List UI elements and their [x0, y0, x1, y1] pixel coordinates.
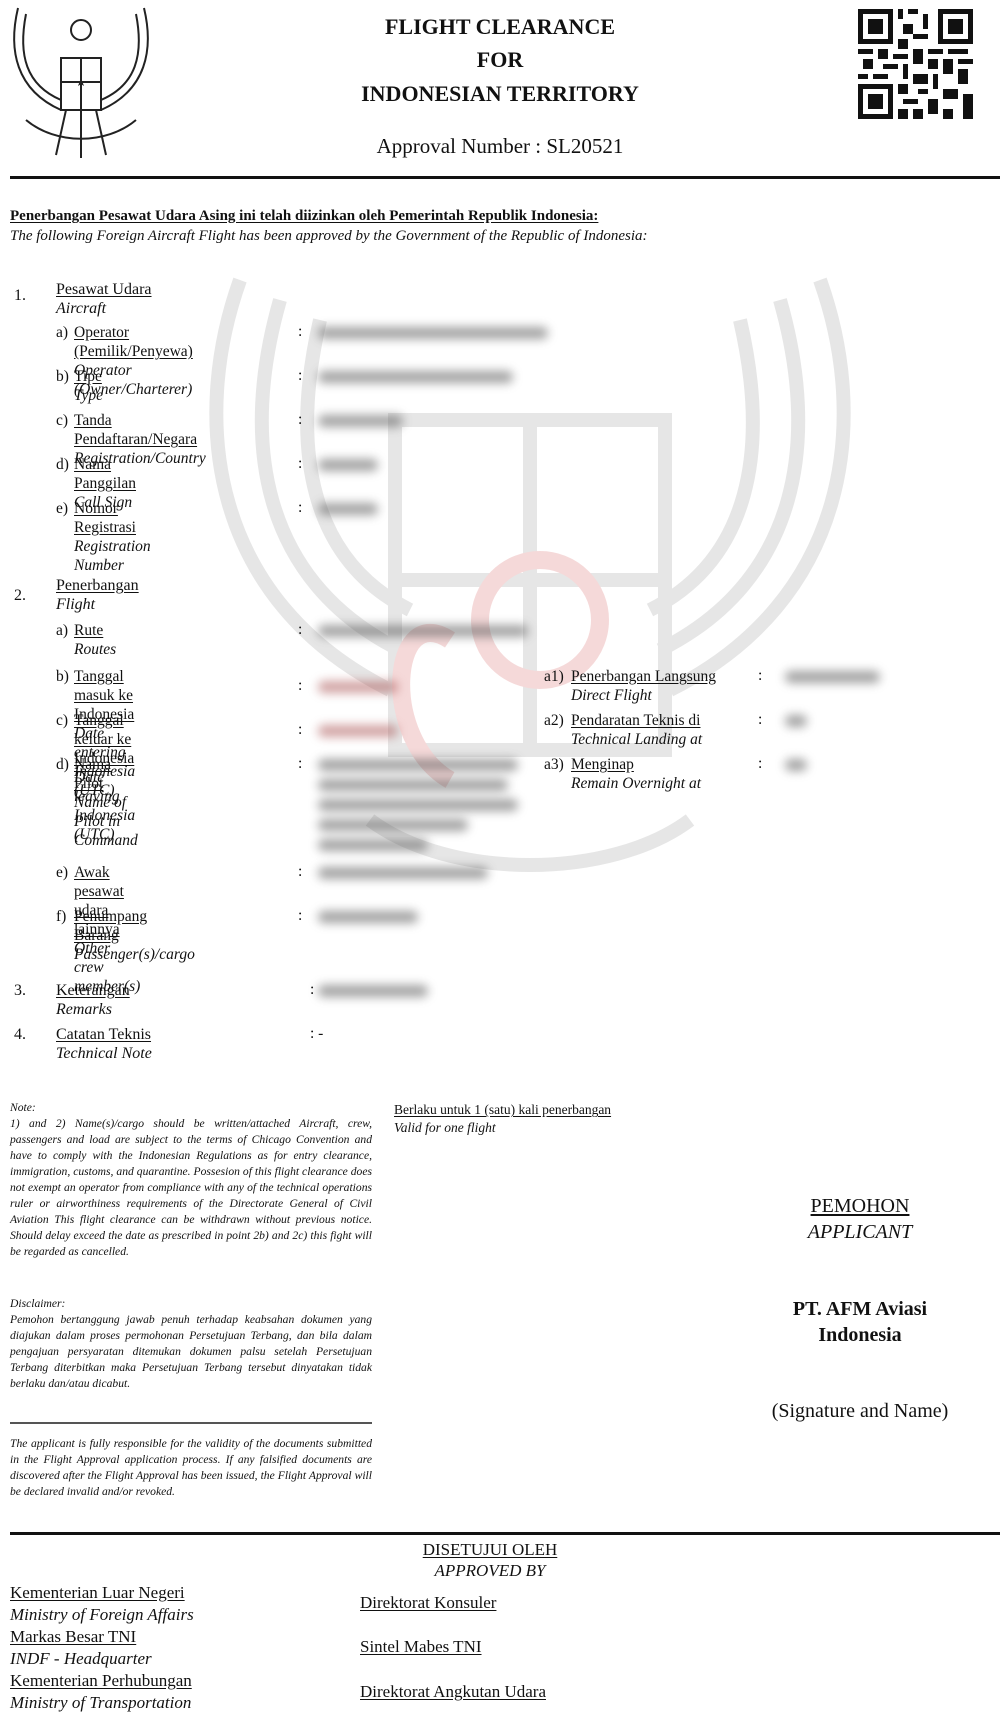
- flight-other-crew-row: e) Awak pesawat udara lainnyaOther crew …: [56, 863, 68, 882]
- section3-number: 3.: [14, 982, 26, 1000]
- aircraft-registration-country-row: c) Tanda Pendaftaran/NegaraRegistration/…: [56, 411, 68, 430]
- applicant-block: PEMOHON APPLICANT: [760, 1193, 960, 1245]
- note-heading: Note:: [10, 1100, 372, 1116]
- approved-by-heading: DISETUJUI OLEH APPROVED BY: [380, 1539, 600, 1581]
- direct-flight-value-redacted: [785, 671, 880, 683]
- applicant-company: PT. AFM Aviasi Indonesia: [760, 1296, 960, 1348]
- approver-direktorat-konsuler: Direktorat Konsuler: [360, 1593, 496, 1613]
- remarks-value-redacted: [318, 985, 428, 997]
- qr-code-icon[interactable]: [858, 8, 973, 120]
- document-title-line3: INDONESIAN TERRITORY: [0, 81, 1000, 107]
- operator-value-redacted: [318, 327, 548, 339]
- approver-direktorat-angkutan-udara: Direktorat Angkutan Udara: [360, 1682, 546, 1702]
- aircraft-type-row: b) TipeType: [56, 367, 69, 386]
- passenger-cargo-value-redacted: [318, 911, 418, 923]
- approval-divider: [10, 1532, 1000, 1535]
- section3-title: Keterangan Remarks: [56, 981, 130, 1019]
- pilot-value-redacted-5: [318, 839, 428, 851]
- flight-passenger-cargo-row: f) Penumpang BarangPassenger(s)/cargo: [56, 907, 66, 926]
- approved-by-left: Kementerian Luar Negeri Ministry of Fore…: [10, 1582, 194, 1714]
- flight-route-row: a) RuteRoutes: [56, 621, 68, 640]
- section2-title: Penerbangan Flight: [56, 576, 139, 614]
- entry-date-value-redacted: [318, 681, 398, 693]
- approval-label: Approval Number :: [377, 134, 541, 158]
- type-value-redacted: [318, 371, 513, 383]
- applicant-signature: (Signature and Name): [740, 1400, 980, 1423]
- flight-entry-date-row: b) Tanggal masuk ke IndonesiaDate enteri…: [56, 667, 69, 686]
- note-body: 1) and 2) Name(s)/cargo should be writte…: [10, 1116, 372, 1260]
- flight-direct-row: a1) Penerbangan LangsungDirect Flight: [544, 667, 564, 686]
- disclaimer-english: The applicant is fully responsible for t…: [10, 1436, 372, 1500]
- route-value-redacted: [318, 625, 528, 637]
- technical-note-value: : -: [310, 1025, 323, 1043]
- pilot-value-redacted-3: [318, 799, 518, 811]
- approval-value: SL20521: [546, 134, 623, 158]
- technical-landing-value-redacted: [785, 715, 807, 727]
- flight-technical-landing-row: a2) Pendaratan Teknis diTechnical Landin…: [544, 711, 564, 730]
- section4-title: Catatan Teknis Technical Note: [56, 1025, 152, 1063]
- section2-number: 2.: [14, 587, 26, 605]
- validity-block: Berlaku untuk 1 (satu) kali penerbangan …: [394, 1101, 611, 1137]
- section4-number: 4.: [14, 1026, 26, 1044]
- header-divider: [10, 176, 1000, 179]
- flight-overnight-row: a3) MenginapRemain Overnight at: [544, 755, 564, 774]
- aircraft-registration-number-row: e) Nomor RegistrasiRegistration Number: [56, 499, 68, 518]
- applicant-label: PEMOHON: [760, 1193, 960, 1219]
- pilot-value-redacted-2: [318, 779, 508, 791]
- disclaimer-heading: Disclaimer:: [10, 1296, 372, 1312]
- flight-exit-date-row: c) Tanggal keluar ke IndonesiaDate leavi…: [56, 711, 68, 730]
- section1-number: 1.: [14, 287, 26, 305]
- flight-pilot-row: d) Nama PilotName of Pilot in Command: [56, 755, 69, 774]
- disclaimer-block: Disclaimer: Pemohon bertanggung jawab pe…: [10, 1296, 372, 1392]
- aircraft-operator-row: a) Operator (Pemilik/Penyewa)Operator (O…: [56, 323, 68, 342]
- document-title-line2: FOR: [0, 47, 1000, 73]
- registration-number-value-redacted: [318, 503, 378, 515]
- exit-date-value-redacted: [318, 725, 398, 737]
- approver-sintel-mabes-tni: Sintel Mabes TNI: [360, 1637, 482, 1657]
- disclaimer-divider: [10, 1422, 372, 1424]
- section1-title: Pesawat Udara Aircraft: [56, 280, 152, 318]
- approval-number: Approval Number : SL20521: [0, 134, 1000, 159]
- disclaimer-body: Pemohon bertanggung jawab penuh terhadap…: [10, 1312, 372, 1392]
- applicant-label-en: APPLICANT: [760, 1219, 960, 1245]
- registration-country-value-redacted: [318, 415, 403, 427]
- document-title-line1: FLIGHT CLEARANCE: [0, 14, 1000, 40]
- overnight-value-redacted: [785, 759, 807, 771]
- intro-indonesian: Penerbangan Pesawat Udara Asing ini tela…: [10, 208, 598, 225]
- other-crew-value-redacted: [318, 867, 488, 879]
- pilot-value-redacted-1: [318, 759, 518, 771]
- pilot-value-redacted-4: [318, 819, 468, 831]
- aircraft-call-sign-row: d) Nama PanggilanCall Sign: [56, 455, 69, 474]
- intro-english: The following Foreign Aircraft Flight ha…: [10, 228, 648, 245]
- note-block: Note: 1) and 2) Name(s)/cargo should be …: [10, 1100, 372, 1260]
- call-sign-value-redacted: [318, 459, 378, 471]
